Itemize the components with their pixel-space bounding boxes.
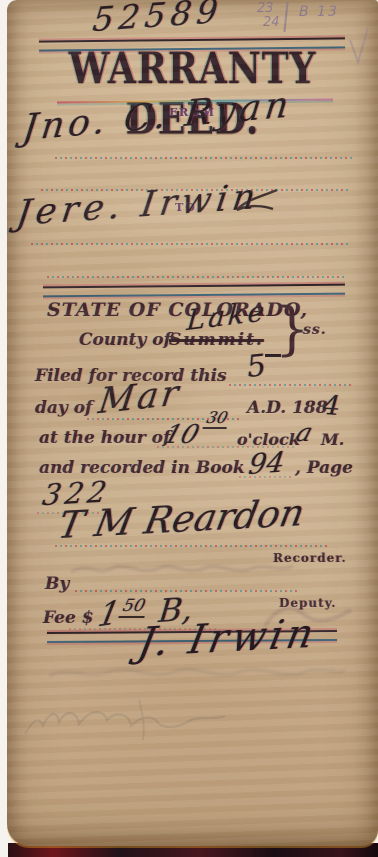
by-label: By <box>45 574 69 594</box>
grantee-underline <box>31 243 349 245</box>
pencil-note-b13: B 13 <box>299 4 339 20</box>
grantee-signature: J. Irwin <box>134 610 321 666</box>
state-line: STATE OF COLORADO, <box>47 299 308 321</box>
county-printed-struck: Summit. <box>169 330 264 350</box>
scanned-document: 52589 23 24 B 13 WARRANTY DEED. FROM Jno… <box>0 0 378 857</box>
document-number: 52589 <box>91 0 225 39</box>
ss-label: ss. <box>303 322 327 338</box>
grantee-name: Jere. Irwin <box>14 177 263 234</box>
year-digit: 4 <box>322 390 341 422</box>
separator-dotline-2 <box>47 276 347 278</box>
ink-bleed-ghost-1 <box>67 560 297 580</box>
fee-label: Fee $ <box>43 608 94 628</box>
pencil-divider-stroke <box>283 2 288 32</box>
grantor-underline <box>55 157 353 159</box>
meridiem-value: a <box>293 418 316 447</box>
page-label: , Page <box>295 458 353 478</box>
fee-cents: 50 <box>118 596 149 618</box>
book-label: and recorded in Book <box>39 458 245 478</box>
minutes-value: 30 <box>202 408 232 429</box>
deed-cover-page: 52589 23 24 B 13 WARRANTY DEED. FROM Jno… <box>7 0 378 846</box>
pencil-scribble <box>19 690 239 750</box>
pencil-note-24: 24 <box>263 15 280 30</box>
filed-day-dash-stroke <box>265 354 281 357</box>
hour-label: at the hour of <box>39 428 170 448</box>
ink-bleed-ghost-3 <box>47 662 347 684</box>
county-label: County of <box>79 330 171 350</box>
filed-dotline <box>229 384 353 386</box>
recorder-underline <box>55 545 329 547</box>
meridiem-label: M. <box>321 430 344 449</box>
month-handwritten: Mar <box>96 373 184 422</box>
book-dotline <box>239 476 291 478</box>
ad-label: A.D. 188 <box>247 398 328 418</box>
pencil-note-23: 23 <box>257 1 274 16</box>
day-of-label: day of <box>35 398 92 418</box>
